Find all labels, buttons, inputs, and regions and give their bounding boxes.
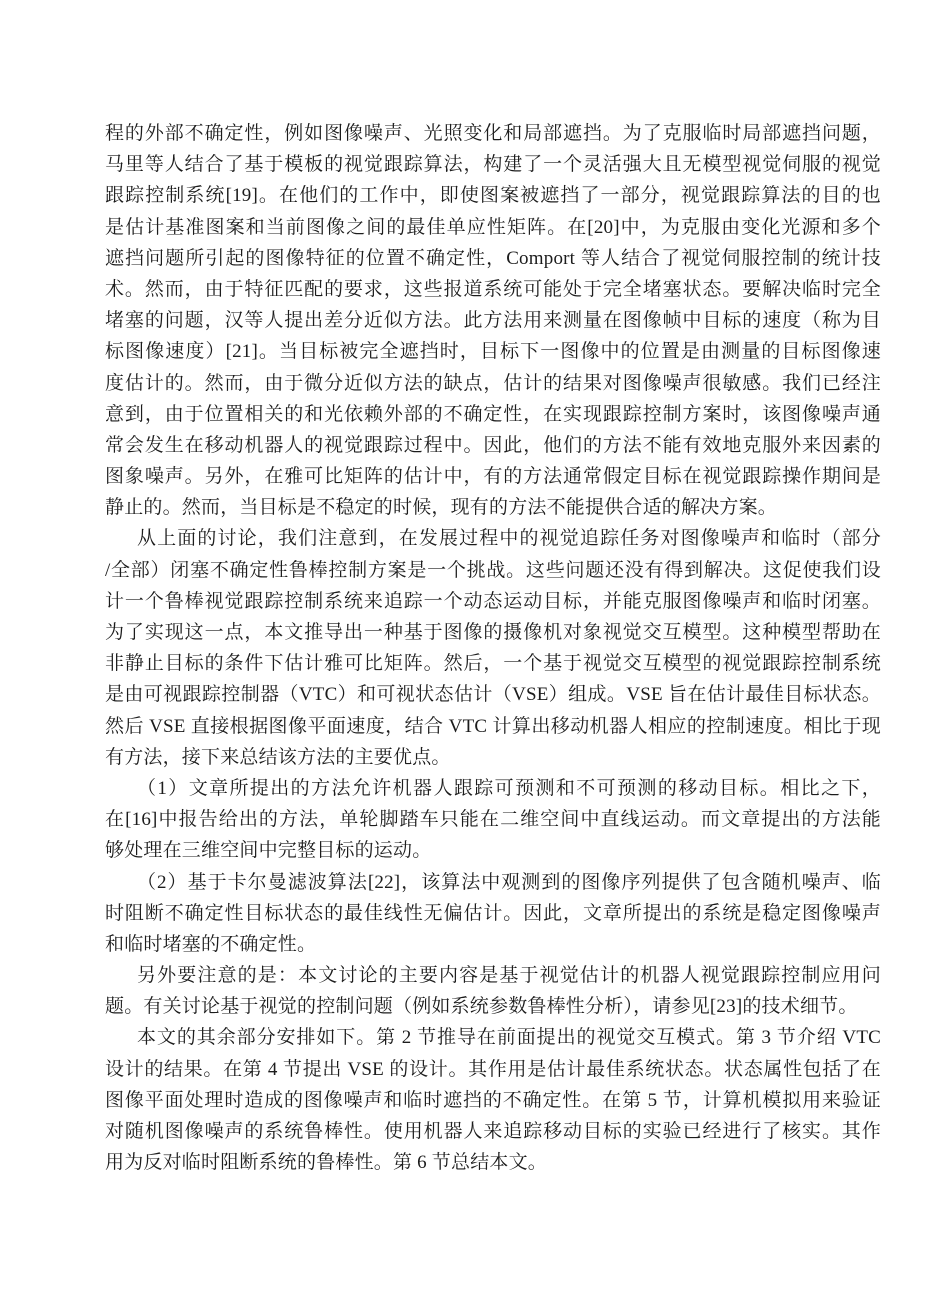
text-line: 图像平面处理时造成的图像噪声和临时遮挡的不确定性。在第 5 节，计算机模拟用来验…	[105, 1085, 881, 1116]
text-line: 常会发生在移动机器人的视觉跟踪过程中。因此，他们的方法不能有效地克服外来因素的	[105, 430, 881, 461]
text-line: 为了实现这一点，本文推导出一种基于图像的摄像机对象视觉交互模型。这种模型帮助在	[105, 617, 881, 648]
text-line: 非静止目标的条件下估计雅可比矩阵。然后，一个基于视觉交互模型的视觉跟踪控制系统	[105, 648, 881, 679]
body-text: 程的外部不确定性，例如图像噪声、光照变化和局部遮挡。为了克服临时局部遮挡问题，马…	[105, 118, 881, 1178]
text-line: 从上面的讨论，我们注意到，在发展过程中的视觉追踪任务对图像噪声和临时（部分	[105, 523, 881, 554]
text-line: （1）文章所提出的方法允许机器人跟踪可预测和不可预测的移动目标。相比之下，	[105, 773, 881, 804]
text-line: 然后 VSE 直接根据图像平面速度，结合 VTC 计算出移动机器人相应的控制速度…	[105, 711, 881, 742]
text-line: 程的外部不确定性，例如图像噪声、光照变化和局部遮挡。为了克服临时局部遮挡问题，	[105, 118, 881, 149]
paragraph: 本文的其余部分安排如下。第 2 节推导在前面提出的视觉交互模式。第 3 节介绍 …	[105, 1022, 881, 1178]
text-line: 术。然而，由于特征匹配的要求，这些报道系统可能处于完全堵塞状态。要解决临时完全	[105, 274, 881, 305]
text-line: 是估计基准图案和当前图像之间的最佳单应性矩阵。在[20]中，为克服由变化光源和多…	[105, 212, 881, 243]
document-page: 程的外部不确定性，例如图像噪声、光照变化和局部遮挡。为了克服临时局部遮挡问题，马…	[0, 0, 926, 1309]
text-line: 跟踪控制系统[19]。在他们的工作中，即使图案被遮挡了一部分，视觉跟踪算法的目的…	[105, 180, 881, 211]
text-line: 意到，由于位置相关的和光依赖外部的不确定性，在实现跟踪控制方案时，该图像噪声通	[105, 399, 881, 430]
text-line: 设计的结果。在第 4 节提出 VSE 的设计。其作用是估计最佳系统状态。状态属性…	[105, 1054, 881, 1085]
text-line: /全部）闭塞不确定性鲁棒控制方案是一个挑战。这些问题还没有得到解决。这促使我们设	[105, 555, 881, 586]
paragraph: 程的外部不确定性，例如图像噪声、光照变化和局部遮挡。为了克服临时局部遮挡问题，马…	[105, 118, 881, 523]
paragraph: 从上面的讨论，我们注意到，在发展过程中的视觉追踪任务对图像噪声和临时（部分/全部…	[105, 523, 881, 773]
text-line: 有方法，接下来总结该方法的主要优点。	[105, 742, 881, 773]
paragraph: （1）文章所提出的方法允许机器人跟踪可预测和不可预测的移动目标。相比之下，在[1…	[105, 773, 881, 867]
text-line: 度估计的。然而，由于微分近似方法的缺点，估计的结果对图像噪声很敏感。我们已经注	[105, 368, 881, 399]
text-line: 用为反对临时阻断系统的鲁棒性。第 6 节总结本文。	[105, 1147, 881, 1178]
text-line: 本文的其余部分安排如下。第 2 节推导在前面提出的视觉交互模式。第 3 节介绍 …	[105, 1022, 881, 1053]
text-line: 标图像速度）[21]。当目标被完全遮挡时，目标下一图像中的位置是由测量的目标图像…	[105, 336, 881, 367]
text-line: 遮挡问题所引起的图像特征的位置不确定性，Comport 等人结合了视觉伺服控制的…	[105, 243, 881, 274]
text-line: （2）基于卡尔曼滤波算法[22]，该算法中观测到的图像序列提供了包含随机噪声、临	[105, 867, 881, 898]
paragraph: 另外要注意的是：本文讨论的主要内容是基于视觉估计的机器人视觉跟踪控制应用问题。有…	[105, 960, 881, 1022]
text-line: 堵塞的问题，汉等人提出差分近似方法。此方法用来测量在图像帧中目标的速度（称为目	[105, 305, 881, 336]
text-line: 静止的。然而，当目标是不稳定的时候，现有的方法不能提供合适的解决方案。	[105, 492, 881, 523]
text-line: 和临时堵塞的不确定性。	[105, 929, 881, 960]
paragraph: （2）基于卡尔曼滤波算法[22]，该算法中观测到的图像序列提供了包含随机噪声、临…	[105, 867, 881, 961]
text-line: 对随机图像噪声的系统鲁棒性。使用机器人来追踪移动目标的实验已经进行了核实。其作	[105, 1116, 881, 1147]
text-line: 计一个鲁棒视觉跟踪控制系统来追踪一个动态运动目标，并能克服图像噪声和临时闭塞。	[105, 586, 881, 617]
text-line: 马里等人结合了基于模板的视觉跟踪算法，构建了一个灵活强大且无模型视觉伺服的视觉	[105, 149, 881, 180]
text-line: 是由可视跟踪控制器（VTC）和可视状态估计（VSE）组成。VSE 旨在估计最佳目…	[105, 679, 881, 710]
text-line: 图象噪声。另外，在雅可比矩阵的估计中，有的方法通常假定目标在视觉跟踪操作期间是	[105, 461, 881, 492]
text-line: 题。有关讨论基于视觉的控制问题（例如系统参数鲁棒性分析），请参见[23]的技术细…	[105, 991, 881, 1022]
text-line: 够处理在三维空间中完整目标的运动。	[105, 835, 881, 866]
text-line: 时阻断不确定性目标状态的最佳线性无偏估计。因此，文章所提出的系统是稳定图像噪声	[105, 898, 881, 929]
text-line: 在[16]中报告给出的方法，单轮脚踏车只能在二维空间中直线运动。而文章提出的方法…	[105, 804, 881, 835]
text-line: 另外要注意的是：本文讨论的主要内容是基于视觉估计的机器人视觉跟踪控制应用问	[105, 960, 881, 991]
